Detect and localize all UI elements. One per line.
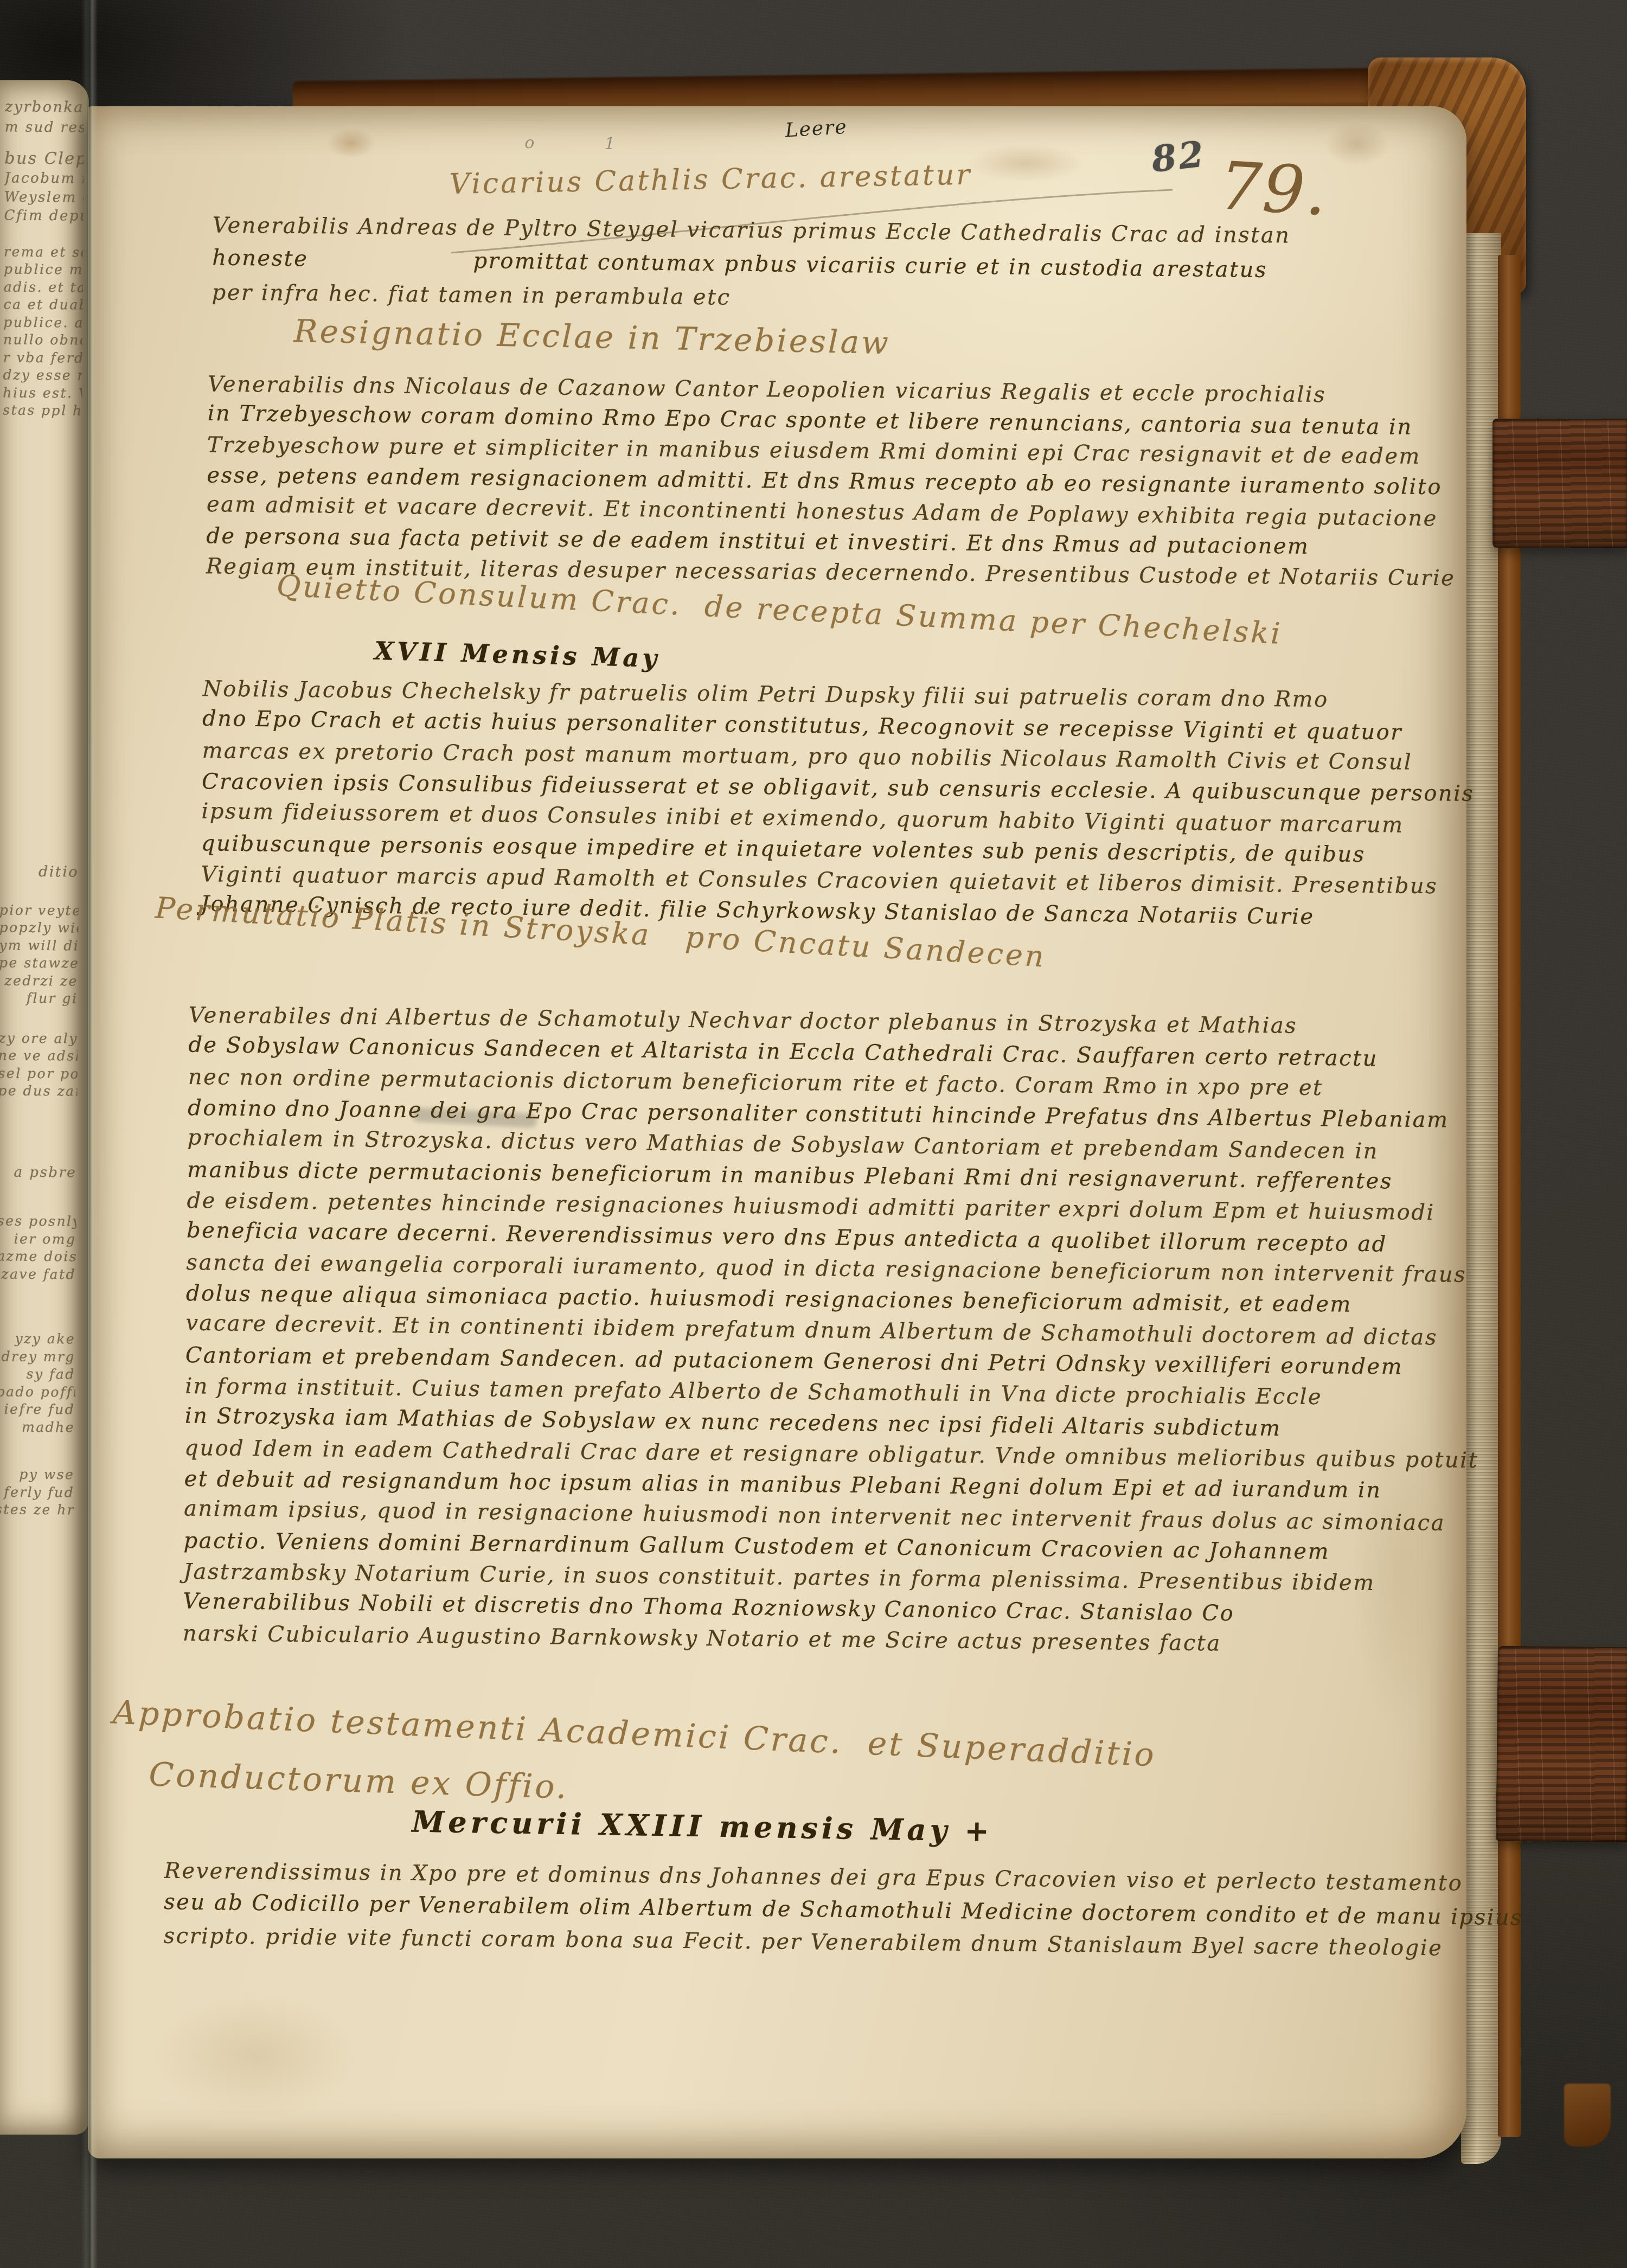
- facing-page-fragment: publice. asseren: [3, 314, 82, 331]
- facing-page-fragment: nullo obnoxias: [3, 332, 82, 349]
- entry-5-body: Reverendissimus in Xpo pre et dominus dn…: [163, 1855, 1523, 1965]
- facing-page-fragment: ferly fud: [0, 1484, 74, 1501]
- leather-strap-upper: [1493, 419, 1627, 548]
- facing-page-fragment: Cfim deputati: [4, 208, 84, 225]
- facing-page-fragment: rema et scandalosa: [4, 244, 83, 260]
- facing-page-fragment: sel por poi: [0, 1065, 78, 1082]
- facing-page-fragment: ditio: [0, 863, 79, 881]
- facing-page-fragment: zedrzi ze: [0, 972, 78, 989]
- facing-page-fragment: madhe: [0, 1419, 75, 1436]
- entry-4-body: Venerabiles dni Albertus de Schamotuly N…: [183, 1000, 1483, 1662]
- facing-page-fragment: zyrbonka de: [5, 99, 84, 117]
- glass-holding-strip: [81, 0, 98, 2268]
- facing-page-fragment: a psbre: [0, 1164, 76, 1181]
- facing-page-fragment: pior veytel: [0, 902, 79, 919]
- manuscript-photo: zyrbonka dem sud resthmbus ClepardieJaco…: [0, 0, 1627, 2268]
- facing-page-fragment: r vba ferd. verum: [3, 349, 82, 366]
- facing-page-fragment: iefre fud: [0, 1401, 75, 1418]
- entry-3-date-heading: XVII Mensis May: [374, 636, 661, 673]
- facing-page-fragment: azme dois: [0, 1248, 76, 1265]
- facing-page-fragment: flur gi: [0, 990, 78, 1007]
- facing-page-fragment: yzy ake: [0, 1331, 75, 1348]
- facing-page-fragment: adis. et tamen her: [4, 279, 83, 296]
- facing-page-fragment: dzy esse md rebaldi: [3, 367, 82, 384]
- entry-2-body: Venerabilis dns Nicolaus de Cazanow Cant…: [206, 369, 1457, 593]
- facing-page-fragment: ier omg: [0, 1231, 76, 1247]
- entry-3-body: Nobilis Jacobus Chechelsky fr patruelis …: [201, 674, 1476, 933]
- facing-page-fragment: py wse: [0, 1466, 75, 1483]
- facing-page-fragment: zave fatd: [0, 1266, 76, 1283]
- facing-page-fragment: pe dus zanrip: [0, 1083, 77, 1100]
- facing-page-fragment: zy ore alysy: [0, 1030, 78, 1047]
- entry-1-body: Venerabilis Andreas de Pyltro Steygel vi…: [212, 208, 1290, 319]
- facing-page-fragment: drey mrg: [0, 1348, 75, 1365]
- facing-page-fragment: bus Clepardie: [4, 149, 84, 168]
- facing-page-fragment: publice matrimy: [4, 261, 83, 278]
- facing-page-text-fragments: zyrbonka dem sud resthmbus ClepardieJaco…: [0, 99, 84, 1519]
- facing-page-fragment: stes ze hr. M: [0, 1502, 74, 1519]
- entry-5-date-heading: Mercurii XXIII mensis May +: [412, 1804, 993, 1848]
- page-writing-layer: Leere o 1 82 79. Vicarius Cathlis Crac. …: [68, 101, 1466, 2166]
- leather-cover-bottom-right-corner: [1564, 2084, 1611, 2147]
- manuscript-page: Leere o 1 82 79. Vicarius Cathlis Crac. …: [88, 106, 1466, 2158]
- folio-number-stamp: 82: [1149, 132, 1208, 181]
- facing-page-fragment: ca et duabus alys: [3, 297, 82, 313]
- facing-page-fragment: pado poffin: [0, 1383, 75, 1400]
- entry-1-heading: Vicarius Cathlis Crac. arestatur: [449, 158, 972, 201]
- top-inscription: Leere: [784, 116, 848, 142]
- facing-page-fragment: popzly wie: [0, 920, 79, 937]
- leather-strap-lower: [1496, 1646, 1627, 1843]
- facing-page-fragment: Weyslem dom Johnem: [4, 189, 84, 206]
- facing-page-fragment: sy fad: [0, 1366, 75, 1383]
- facing-page-fragment: ym will die: [0, 937, 78, 954]
- entry-2-heading: Resignatio Ecclae in Trzebieslaw: [293, 312, 891, 361]
- facing-page-fragment: ses posnly: [0, 1213, 76, 1230]
- facing-page-fragment: Jacobum in Clepars: [4, 170, 84, 187]
- facing-page-fragment: hius est. Vno aut: [3, 385, 82, 401]
- facing-page-fragment: ne ve adsligi: [0, 1048, 78, 1065]
- entry-5-heading-line-2: Conductorum ex Offio.: [148, 1756, 569, 1806]
- facing-page-fragment: m sud resthm: [5, 119, 84, 136]
- facing-page-fragment: pe stawze: [0, 955, 78, 972]
- facing-page-fragment: stas ppl hic. M: [3, 402, 82, 419]
- pencil-marks: o 1: [524, 133, 648, 153]
